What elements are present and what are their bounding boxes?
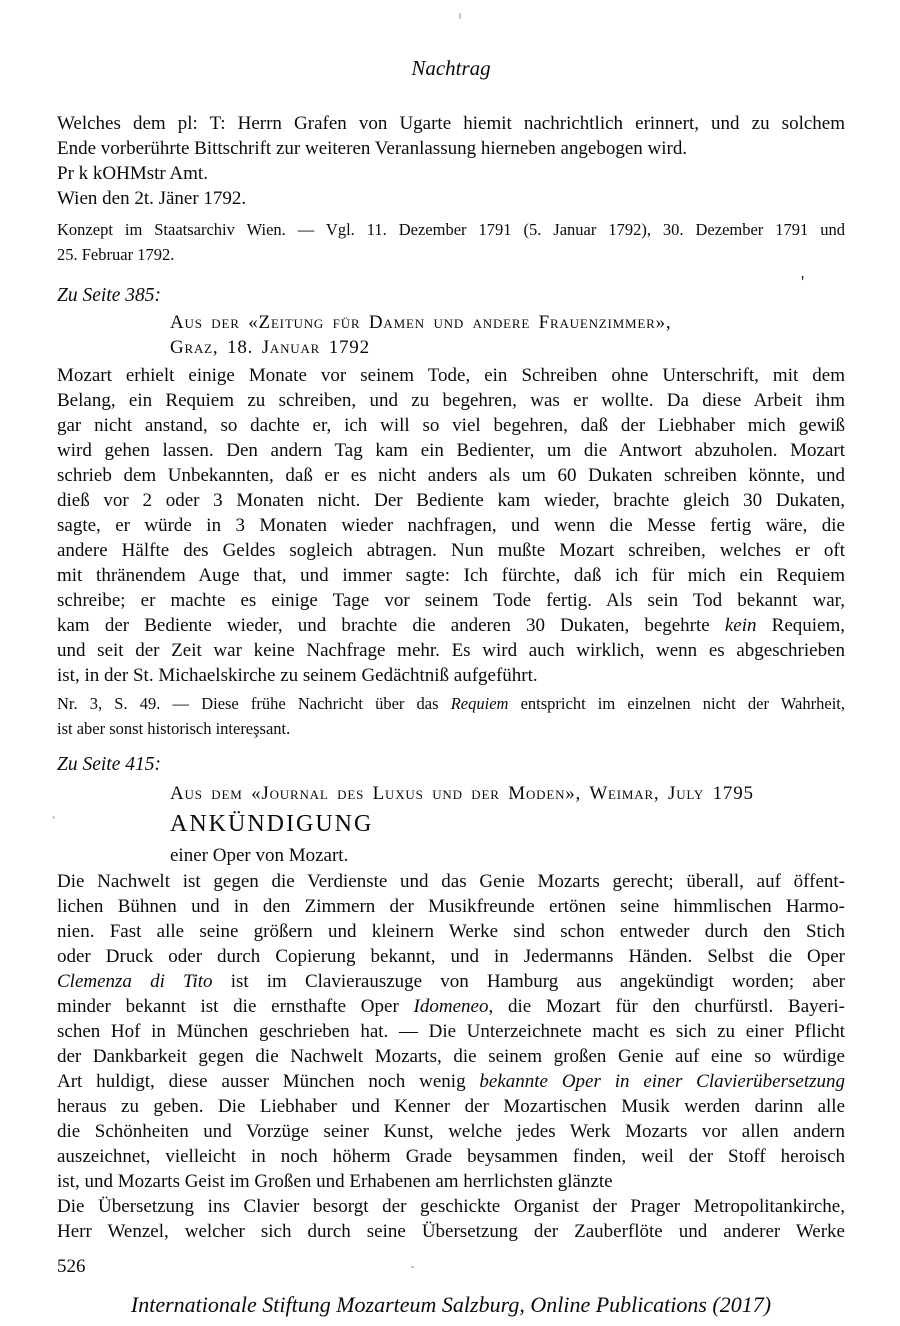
text-line: Clemenza di Tito ist im Clavierauszuge v… <box>57 969 845 994</box>
text-segment: Konzept im Staatsarchiv Wien. — Vgl. 11.… <box>57 220 845 239</box>
text-line: Pr k kOHMstr Amt. <box>57 161 845 186</box>
text-segment: Art huldigt, diese ausser München noch w… <box>57 1071 479 1092</box>
text-line: Herr Wenzel, welcher sich durch seine Üb… <box>57 1219 845 1244</box>
text-line: Nr. 3, S. 49. — Diese frühe Nachricht üb… <box>57 691 845 716</box>
text-line: schen Hof in München geschrieben hat. — … <box>57 1019 845 1044</box>
scan-artifact-dot-bottom <box>411 1266 414 1268</box>
source-heading-line2: Graz, 18. Januar 1792 <box>170 335 845 360</box>
text-segment: Ende vorberührte Bittschrift zur weitere… <box>57 138 687 159</box>
text-segment: Wien den 2t. Jäner 1792. <box>57 188 246 209</box>
text-line: mit thränendem Auge that, und immer sagt… <box>57 563 845 588</box>
text-segment: der Dankbarkeit gegen die Nachwelt Mozar… <box>57 1046 845 1067</box>
text-line: Welches dem pl: T: Herrn Grafen von Ugar… <box>57 111 845 136</box>
text-line: ist, in der St. Michaelskirche zu seinem… <box>57 663 845 688</box>
text-line: Ende vorberührte Bittschrift zur weitere… <box>57 136 845 161</box>
text-segment: mit thränendem Auge that, und immer sagt… <box>57 565 845 586</box>
italic-text-segment: Requiem <box>451 694 509 713</box>
italic-text-segment: kein <box>725 615 757 636</box>
text-line: dieß vor 2 oder 3 Monaten nicht. Der Bed… <box>57 488 845 513</box>
text-segment: Belang, ein Requiem zu schreiben, und zu… <box>57 390 845 411</box>
scan-artifact-apostrophe: ' <box>801 272 804 293</box>
text-segment: gar nicht anstand, so dachte er, ich wil… <box>57 415 845 436</box>
text-line: Die Übersetzung ins Clavier besorgt der … <box>57 1194 845 1219</box>
text-segment: schrieb dem Unbekannten, daß er es nicht… <box>57 465 845 486</box>
text-line: und seit der Zeit war keine Nachfrage me… <box>57 638 845 663</box>
requiem-report-paragraph: Mozart erhielt einige Monate vor seinem … <box>57 363 845 688</box>
scan-artifact-dot-left <box>52 816 55 819</box>
text-segment: auszeichnet, vielleicht in noch höherm G… <box>57 1146 845 1167</box>
text-segment: entspricht im einzelnen nicht der Wahrhe… <box>508 694 845 713</box>
text-line: schreibe; er machte es einige Tage vor s… <box>57 588 845 613</box>
text-segment: nien. Fast alle seine größern und kleine… <box>57 921 845 942</box>
scan-artifact-top-tick <box>459 13 461 19</box>
announcement-title: ANKÜNDIGUNG <box>170 811 845 838</box>
text-line: Konzept im Staatsarchiv Wien. — Vgl. 11.… <box>57 217 845 242</box>
source-note-konzept: Konzept im Staatsarchiv Wien. — Vgl. 11.… <box>57 217 845 267</box>
text-segment: kam der Bediente wieder, und brachte die… <box>57 615 725 636</box>
text-segment: Mozart erhielt einige Monate vor seinem … <box>57 365 845 386</box>
text-line: wird gehen lassen. Den andern Tag kam ei… <box>57 438 845 463</box>
announcement-paragraph: Die Nachwelt ist gegen die Verdienste un… <box>57 869 845 1244</box>
text-segment: , die Mozart für den churfürstl. Bayeri- <box>488 996 845 1017</box>
text-line: sagte, er würde in 3 Monaten wieder nach… <box>57 513 845 538</box>
scanned-book-page: ' Nachtrag Welches dem pl: T: Herrn Graf… <box>0 0 900 1326</box>
editor-note-385: Nr. 3, S. 49. — Diese frühe Nachricht üb… <box>57 691 845 741</box>
text-segment: minder bekannt ist die ernsthafte Oper <box>57 996 414 1017</box>
text-line: Wien den 2t. Jäner 1792. <box>57 186 845 211</box>
intro-paragraph: Welches dem pl: T: Herrn Grafen von Ugar… <box>57 111 845 211</box>
text-line: ist, und Mozarts Geist im Großen und Erh… <box>57 1169 845 1194</box>
text-segment: wird gehen lassen. Den andern Tag kam ei… <box>57 440 845 461</box>
text-line: die Schönheiten und Vorzüge seiner Kunst… <box>57 1119 845 1144</box>
text-segment: andere Hälfte des Geldes sogleich abtrag… <box>57 540 845 561</box>
source-heading-line1: Aus der «Zeitung für Damen und andere Fr… <box>170 310 845 335</box>
text-segment: oder Druck oder durch Copierung bekannt,… <box>57 946 845 967</box>
section-ref-415: Zu Seite 415: <box>57 752 845 778</box>
footer-publication: Internationale Stiftung Mozarteum Salzbu… <box>57 1291 845 1318</box>
announcement-subtitle: einer Oper von Mozart. <box>170 843 845 868</box>
text-segment: Die Übersetzung ins Clavier besorgt der … <box>57 1196 845 1217</box>
text-segment: Nr. 3, S. 49. — Diese frühe Nachricht üb… <box>57 694 451 713</box>
text-segment: Pr k kOHMstr Amt. <box>57 163 208 184</box>
italic-text-segment: Clemenza di Tito <box>57 971 213 992</box>
text-line: minder bekannt ist die ernsthafte Oper I… <box>57 994 845 1019</box>
text-line: Art huldigt, diese ausser München noch w… <box>57 1069 845 1094</box>
page-number: 526 <box>57 1254 845 1279</box>
text-line: der Dankbarkeit gegen die Nachwelt Mozar… <box>57 1044 845 1069</box>
text-line: lichen Bühnen und in den Zimmern der Mus… <box>57 894 845 919</box>
text-line: oder Druck oder durch Copierung bekannt,… <box>57 944 845 969</box>
text-line: 25. Februar 1792. <box>57 242 845 267</box>
text-segment: Herr Wenzel, welcher sich durch seine Üb… <box>57 1221 845 1242</box>
text-line: auszeichnet, vielleicht in noch höherm G… <box>57 1144 845 1169</box>
text-line: Belang, ein Requiem zu schreiben, und zu… <box>57 388 845 413</box>
text-line: andere Hälfte des Geldes sogleich abtrag… <box>57 538 845 563</box>
text-segment: Welches dem pl: T: Herrn Grafen von Ugar… <box>57 113 845 134</box>
text-line: Die Nachwelt ist gegen die Verdienste un… <box>57 869 845 894</box>
text-line: Mozart erhielt einige Monate vor seinem … <box>57 363 845 388</box>
source-heading-zeitung: Aus der «Zeitung für Damen und andere Fr… <box>170 310 845 360</box>
text-segment: ist, in der St. Michaelskirche zu seinem… <box>57 665 538 686</box>
text-segment: schen Hof in München geschrieben hat. — … <box>57 1021 845 1042</box>
text-segment: 25. Februar 1792. <box>57 245 174 264</box>
text-segment: Requiem, <box>757 615 845 636</box>
text-segment: Die Nachwelt ist gegen die Verdienste un… <box>57 871 845 892</box>
text-segment: lichen Bühnen und in den Zimmern der Mus… <box>57 896 845 917</box>
text-line: ist aber sonst historisch intereşsant. <box>57 716 845 741</box>
source-heading-journal: Aus dem «Journal des Luxus und der Moden… <box>170 781 845 806</box>
text-segment: die Schönheiten und Vorzüge seiner Kunst… <box>57 1121 845 1142</box>
italic-text-segment: Idomeneo <box>414 996 489 1017</box>
text-segment: ist im Clavierauszuge von Hamburg aus an… <box>213 971 845 992</box>
text-line: nien. Fast alle seine größern und kleine… <box>57 919 845 944</box>
text-segment: ist aber sonst historisch intereşsant. <box>57 719 290 738</box>
page-title: Nachtrag <box>57 55 845 81</box>
text-segment: und seit der Zeit war keine Nachfrage me… <box>57 640 845 661</box>
section-ref-385: Zu Seite 385: <box>57 283 845 309</box>
text-segment: ist, und Mozarts Geist im Großen und Erh… <box>57 1171 613 1192</box>
text-segment: schreibe; er machte es einige Tage vor s… <box>57 590 845 611</box>
text-segment: dieß vor 2 oder 3 Monaten nicht. Der Bed… <box>57 490 845 511</box>
text-line: heraus zu geben. Die Liebhaber und Kenne… <box>57 1094 845 1119</box>
text-line: schrieb dem Unbekannten, daß er es nicht… <box>57 463 845 488</box>
text-line: kam der Bediente wieder, und brachte die… <box>57 613 845 638</box>
text-segment: sagte, er würde in 3 Monaten wieder nach… <box>57 515 845 536</box>
italic-text-segment: bekannte Oper in einer Clavierübersetzun… <box>479 1071 845 1092</box>
text-line: gar nicht anstand, so dachte er, ich wil… <box>57 413 845 438</box>
text-segment: heraus zu geben. Die Liebhaber und Kenne… <box>57 1096 845 1117</box>
